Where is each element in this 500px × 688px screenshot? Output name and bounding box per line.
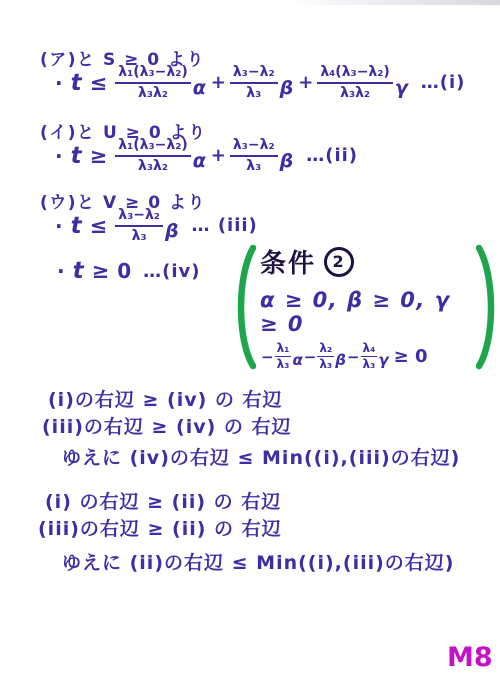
- equation-label-ii: …(ii): [306, 145, 358, 166]
- variable-t: t: [71, 143, 82, 169]
- plus-sign: +: [298, 72, 313, 93]
- condition-nonneg-line: α ≥ 0, β ≥ 0, γ ≥ 0: [260, 288, 472, 336]
- condition-title-text: 条件: [260, 243, 316, 280]
- condition-sum-line: − λ₁ λ₃ α − λ₂ λ₃ β − λ₄ λ₃ γ ≥ 0: [260, 342, 472, 371]
- comparison-line-2: (iii)の右辺 ≥ (iv) の 右辺: [42, 412, 292, 439]
- variable-beta: β: [280, 150, 294, 172]
- fraction: λ₁ λ₃: [275, 342, 292, 371]
- fraction-1: λ₃−λ₂ λ₃: [115, 207, 163, 244]
- bullet-dot: ·: [55, 214, 63, 238]
- variable-gamma: γ: [378, 351, 388, 369]
- less-equal-sign: ≤: [90, 214, 108, 238]
- variable-alpha: α: [292, 351, 302, 369]
- greater-equal-zero: ≥ 0: [394, 346, 428, 367]
- left-parenthesis: [232, 244, 256, 370]
- conclusion-line-1: ゆえに (iv)の右辺 ≤ Min((i),(iii)の右辺): [62, 443, 460, 470]
- variable-t: t: [71, 213, 82, 239]
- denominator: λ₃: [277, 357, 290, 371]
- numerator: λ₃−λ₂: [230, 64, 278, 84]
- fraction-2: λ₃−λ₂ λ₃: [230, 137, 278, 174]
- variable-t: t: [71, 70, 82, 96]
- formula-ii: · t ≥ λ₁(λ₃−λ₂) λ₃λ₂ α + λ₃−λ₂ λ₃ β …(ii…: [55, 137, 358, 174]
- page-mark-m8: M8: [447, 642, 493, 673]
- numerator: λ₂: [317, 342, 334, 357]
- conclusion-line-2: ゆえに (ii)の右辺 ≤ Min((i),(iii)の右辺): [62, 548, 454, 575]
- less-equal-sign: ≤: [90, 71, 108, 95]
- comparison-line-3: (i) の右辺 ≥ (ii) の 右辺: [45, 487, 281, 514]
- handwritten-notes-page: (ア)と S ≥ 0 より · t ≤ λ₁(λ₃−λ₂) λ₃λ₂ α + λ…: [0, 0, 500, 688]
- variable-beta: β: [165, 220, 179, 242]
- numerator: λ₃−λ₂: [230, 137, 278, 157]
- plus-sign: +: [211, 145, 226, 166]
- bullet-dot: ·: [57, 259, 65, 283]
- variable-alpha: α: [193, 150, 206, 172]
- variable-alpha: α: [193, 77, 206, 99]
- equation-label-iii: … (iii): [192, 215, 258, 236]
- variable-beta: β: [280, 77, 294, 99]
- denominator: λ₃λ₂: [138, 157, 168, 174]
- formula-i: · t ≤ λ₁(λ₃−λ₂) λ₃λ₂ α + λ₃−λ₂ λ₃ β + λ₄…: [55, 64, 465, 101]
- plus-sign: +: [211, 72, 226, 93]
- formula-iii: · t ≤ λ₃−λ₂ λ₃ β … (iii): [55, 207, 258, 244]
- bullet-dot: ·: [55, 144, 63, 168]
- minus-sign: −: [261, 348, 274, 366]
- equation-label-iv: …(iv): [143, 261, 200, 282]
- fraction: λ₂ λ₃: [317, 342, 334, 371]
- variable-gamma: γ: [395, 77, 408, 99]
- numerator: λ₁(λ₃−λ₂): [115, 64, 191, 84]
- scan-edge-artifact: [290, 0, 500, 5]
- variable-t: t: [73, 258, 84, 284]
- bullet-dot: ·: [55, 71, 63, 95]
- greater-equal-sign: ≥: [90, 144, 108, 168]
- denominator: λ₃: [132, 227, 147, 244]
- condition-title: 条件 2: [260, 243, 472, 280]
- equation-label-i: …(i): [421, 72, 466, 93]
- fraction-1: λ₁(λ₃−λ₂) λ₃λ₂: [115, 64, 191, 101]
- right-parenthesis: [476, 244, 500, 370]
- variable-beta: β: [335, 351, 346, 369]
- comparison-line-1: (i)の右辺 ≥ (iv) の 右辺: [48, 385, 283, 412]
- greater-equal-sign: ≥: [92, 259, 110, 283]
- numerator: λ₁(λ₃−λ₂): [115, 137, 191, 157]
- fraction-1: λ₁(λ₃−λ₂) λ₃λ₂: [115, 137, 191, 174]
- circled-number-2: 2: [324, 247, 354, 277]
- denominator: λ₃: [246, 157, 261, 174]
- formula-iv: · t ≥ 0 …(iv): [57, 258, 201, 284]
- numerator: λ₄: [361, 342, 378, 357]
- condition-content: 条件 2 α ≥ 0, β ≥ 0, γ ≥ 0 − λ₁ λ₃ α − λ₂ …: [256, 243, 476, 371]
- numerator: λ₁: [275, 342, 292, 357]
- fraction: λ₄ λ₃: [361, 342, 378, 371]
- fraction-2: λ₃−λ₂ λ₃: [230, 64, 278, 101]
- condition-2-block: 条件 2 α ≥ 0, β ≥ 0, γ ≥ 0 − λ₁ λ₃ α − λ₂ …: [232, 243, 500, 371]
- denominator: λ₃: [319, 357, 332, 371]
- denominator: λ₃: [363, 357, 376, 371]
- minus-sign: −: [304, 348, 317, 366]
- denominator: λ₃λ₂: [138, 84, 168, 101]
- zero-value: 0: [117, 259, 131, 283]
- denominator: λ₃λ₂: [340, 84, 370, 101]
- numerator: λ₃−λ₂: [115, 207, 163, 227]
- fraction-3: λ₄(λ₃−λ₂) λ₃λ₂: [317, 64, 393, 101]
- denominator: λ₃: [246, 84, 261, 101]
- numerator: λ₄(λ₃−λ₂): [317, 64, 393, 84]
- comparison-line-4: (iii)の右辺 ≥ (ii) の 右辺: [38, 514, 282, 541]
- minus-sign: −: [347, 348, 360, 366]
